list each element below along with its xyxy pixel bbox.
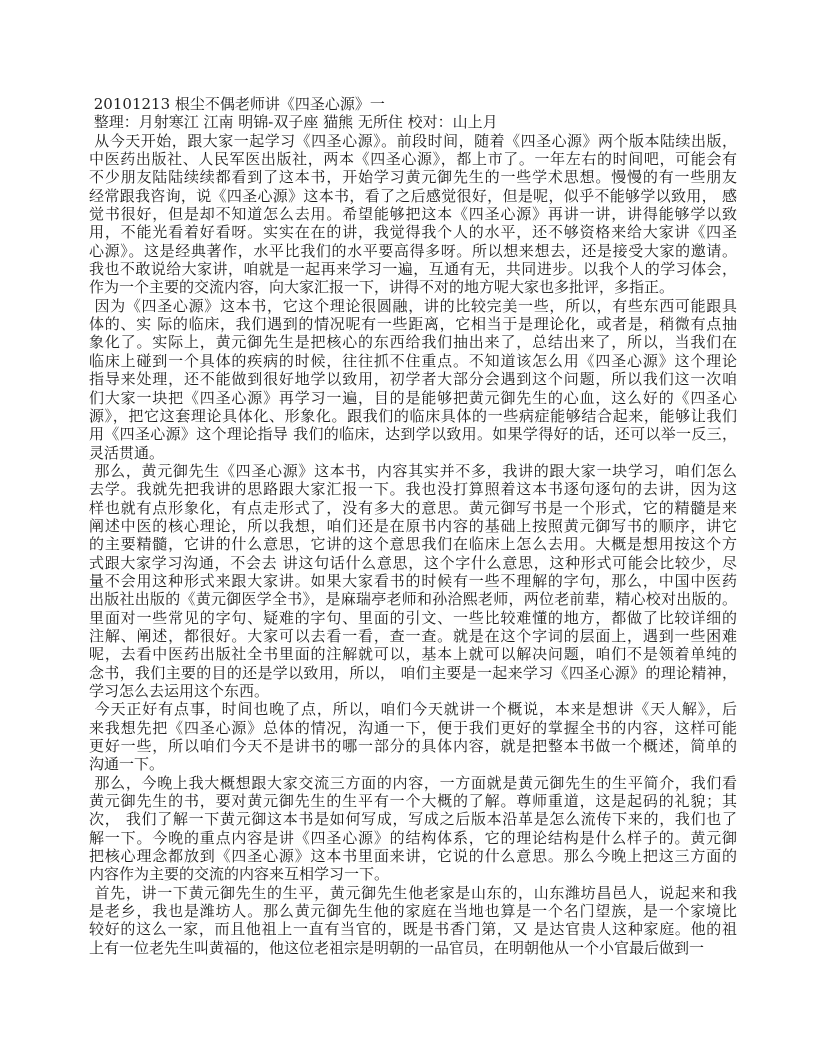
text-line: 黄元御先生的书，要对黄元御先生的生平有一个大概的了解。尊师重道，这是起码的礼貌；…	[89, 792, 737, 810]
text-line: 注解、阐述，都很好。大家可以去看一看，查一查。就是在这个字词的层面上，遇到一些困…	[89, 627, 737, 645]
text-line: 们大家一块把《四圣心源》再学习一遍，目的是能够把黄元御先生的心血，这么好的《四圣…	[89, 389, 737, 407]
text-line: 象化了。实际上，黄元御先生是把核心的东西给我们抽出来了，总结出来了，所以，当我们…	[89, 333, 737, 351]
text-line: 20101213 根尘不偶老师讲《四圣心源》一	[89, 95, 737, 113]
text-line: 作为一个主要的交流内容，向大家汇报一下，讲得不对的地方呢大家也多批评，多指正。	[89, 278, 737, 296]
text-line: 把核心理念都放到《四圣心源》这本书里面来讲，它说的什么意思。那么今晚上把这三方面…	[89, 847, 737, 865]
text-line: 从今天开始，跟大家一起学习《四圣心源》。前段时间，随着《四圣心源》两个版本陆续出…	[89, 132, 737, 150]
text-line: 临床上碰到一个具体的疾病的时候，往往抓不住重点。不知道该怎么用《四圣心源》这个理…	[89, 352, 737, 370]
document-text-block: 20101213 根尘不偶老师讲《四圣心源》一 整理：月射寒江 江南 明锦-双子…	[89, 95, 737, 957]
text-line: 因为《四圣心源》这本书，它这个理论很圆融，讲的比较完美一些，所以，有些东西可能跟…	[89, 297, 737, 315]
text-line: 源》，把它这套理论具体化、形象化。跟我们的临床具体的一些病症能够结合起来，能够让…	[89, 407, 737, 425]
text-line: 呢，去看中医药出版社全书里面的注解就可以，基本上就可以解决问题，咱们不是领着单纯…	[89, 645, 737, 663]
text-line: 来我想先把《四圣心源》总体的情况，沟通一下，便于我们更好的掌握全书的内容，这样可…	[89, 719, 737, 737]
text-line: 经常跟我咨询，说《四圣心源》这本书，看了之后感觉很好，但是呢，似乎不能够学以致用…	[89, 187, 737, 205]
text-line: 量不会用这种形式来跟大家讲。如果大家看书的时候有一些不理解的字句，那么，中国中医…	[89, 572, 737, 590]
text-line: 式跟大家学习沟通，不会去 讲这句话什么意思，这个字什么意思，这种形式可能会比较少…	[89, 554, 737, 572]
text-line: 上有一位老先生叫黄福的，他这位老祖宗是明朝的一品官员，在明朝他从一个小官最后做到…	[89, 939, 737, 957]
text-line: 里面对一些常见的字句、疑难的字句、里面的引文、一些比较难懂的地方，都做了比较详细…	[89, 609, 737, 627]
text-line: 中医药出版社、人民军医出版社，两本《四圣心源》，都上市了。一年左右的时间吧，可能…	[89, 150, 737, 168]
text-line: 首先，讲一下黄元御先生的生平，黄元御先生他老家是山东的，山东潍坊昌邑人，说起来和…	[89, 884, 737, 902]
text-line: 较好的这么一家，而且他祖上一直有当官的，既是书香门第，又 是达官贵人这种家庭。他…	[89, 920, 737, 938]
text-line: 出版社出版的《黄元御医学全书》，是麻瑞亭老师和孙洽熙老师，两位老前辈，精心校对出…	[89, 590, 737, 608]
text-line: 次， 我们了解一下黄元御这本书是如何写成，写成之后版本沿革是怎么流传下来的，我们…	[89, 810, 737, 828]
text-line: 去学。我就先把我讲的思路跟大家汇报一下。我也没打算照着这本书逐句逐句的去讲，因为…	[89, 480, 737, 498]
text-line: 是老乡，我也是潍坊人。那么黄元御先生他的家庭在当地也算是一个名门望族，是一个家境…	[89, 902, 737, 920]
text-line: 内容作为主要的交流的内容来互相学习一下。	[89, 865, 737, 883]
text-line: 沟通一下。	[89, 755, 737, 773]
text-line: 的主要精髓，它讲的什么意思，它讲的这个意思我们在临床上怎么去用。大概是想用按这个…	[89, 535, 737, 553]
text-line: 指导来处理，还不能做到很好地学以致用，初学者大部分会遇到这个问题，所以我们这一次…	[89, 370, 737, 388]
text-line: 用，不能光看着好看呀。实实在在的讲，我觉得我个人的水平，还不够资格来给大家讲《四…	[89, 223, 737, 241]
text-line: 阐述中医的核心理论，所以我想，咱们还是在原书内容的基础上按照黄元御写书的顺序，讲…	[89, 517, 737, 535]
text-line: 更好一些，所以咱们今天不是讲书的哪一部分的具体内容，就是把整本书做一个概述，简单…	[89, 737, 737, 755]
text-line: 念书，我们主要的目的还是学以致用，所以， 咱们主要是一起来学习《四圣心源》的理论…	[89, 664, 737, 682]
text-line: 灵活贯通。	[89, 444, 737, 462]
text-line: 解一下。今晚的重点内容是讲《四圣心源》的结构体系，它的理论结构是什么样子的。黄元…	[89, 829, 737, 847]
text-line: 用《四圣心源》这个理论指导 我们的临床，达到学以致用。如果学得好的话，还可以举一…	[89, 425, 737, 443]
text-line: 学习怎么去运用这个东西。	[89, 682, 737, 700]
text-line: 整理：月射寒江 江南 明锦-双子座 猫熊 无所住 校对：山上月	[89, 113, 737, 131]
text-line: 今天正好有点事，时间也晚了点，所以，咱们今天就讲一个概说，本来是想讲《天人解》，…	[89, 700, 737, 718]
text-line: 那么，黄元御先生《四圣心源》这本书，内容其实并不多，我讲的跟大家一块学习，咱们怎…	[89, 462, 737, 480]
text-line: 样也就有点形象化，有点走形式了，没有多大的意思。黄元御写书是一个形式，它的精髓是…	[89, 499, 737, 517]
document-page: 20101213 根尘不偶老师讲《四圣心源》一 整理：月射寒江 江南 明锦-双子…	[0, 0, 816, 1056]
text-line: 我也不敢说给大家讲，咱就是一起再来学习一遍，互通有无，共同进步。以我个人的学习体…	[89, 260, 737, 278]
text-line: 不少朋友陆陆续续都看到了这本书，开始学习黄元御先生的一些学术思想。慢慢的有一些朋…	[89, 168, 737, 186]
text-line: 心源》。这是经典著作，水平比我们的水平要高得多呀。所以想来想去，还是接受大家的邀…	[89, 242, 737, 260]
text-line: 觉书很好，但是却不知道怎么去用。希望能够把这本《四圣心源》再讲一讲，讲得能够学以…	[89, 205, 737, 223]
text-line: 体的、实 际的临床，我们遇到的情况呢有一些距离，它相当于是理论化，或者是，稍微有…	[89, 315, 737, 333]
text-line: 那么，今晚上我大概想跟大家交流三方面的内容，一方面就是黄元御先生的生平简介，我们…	[89, 774, 737, 792]
